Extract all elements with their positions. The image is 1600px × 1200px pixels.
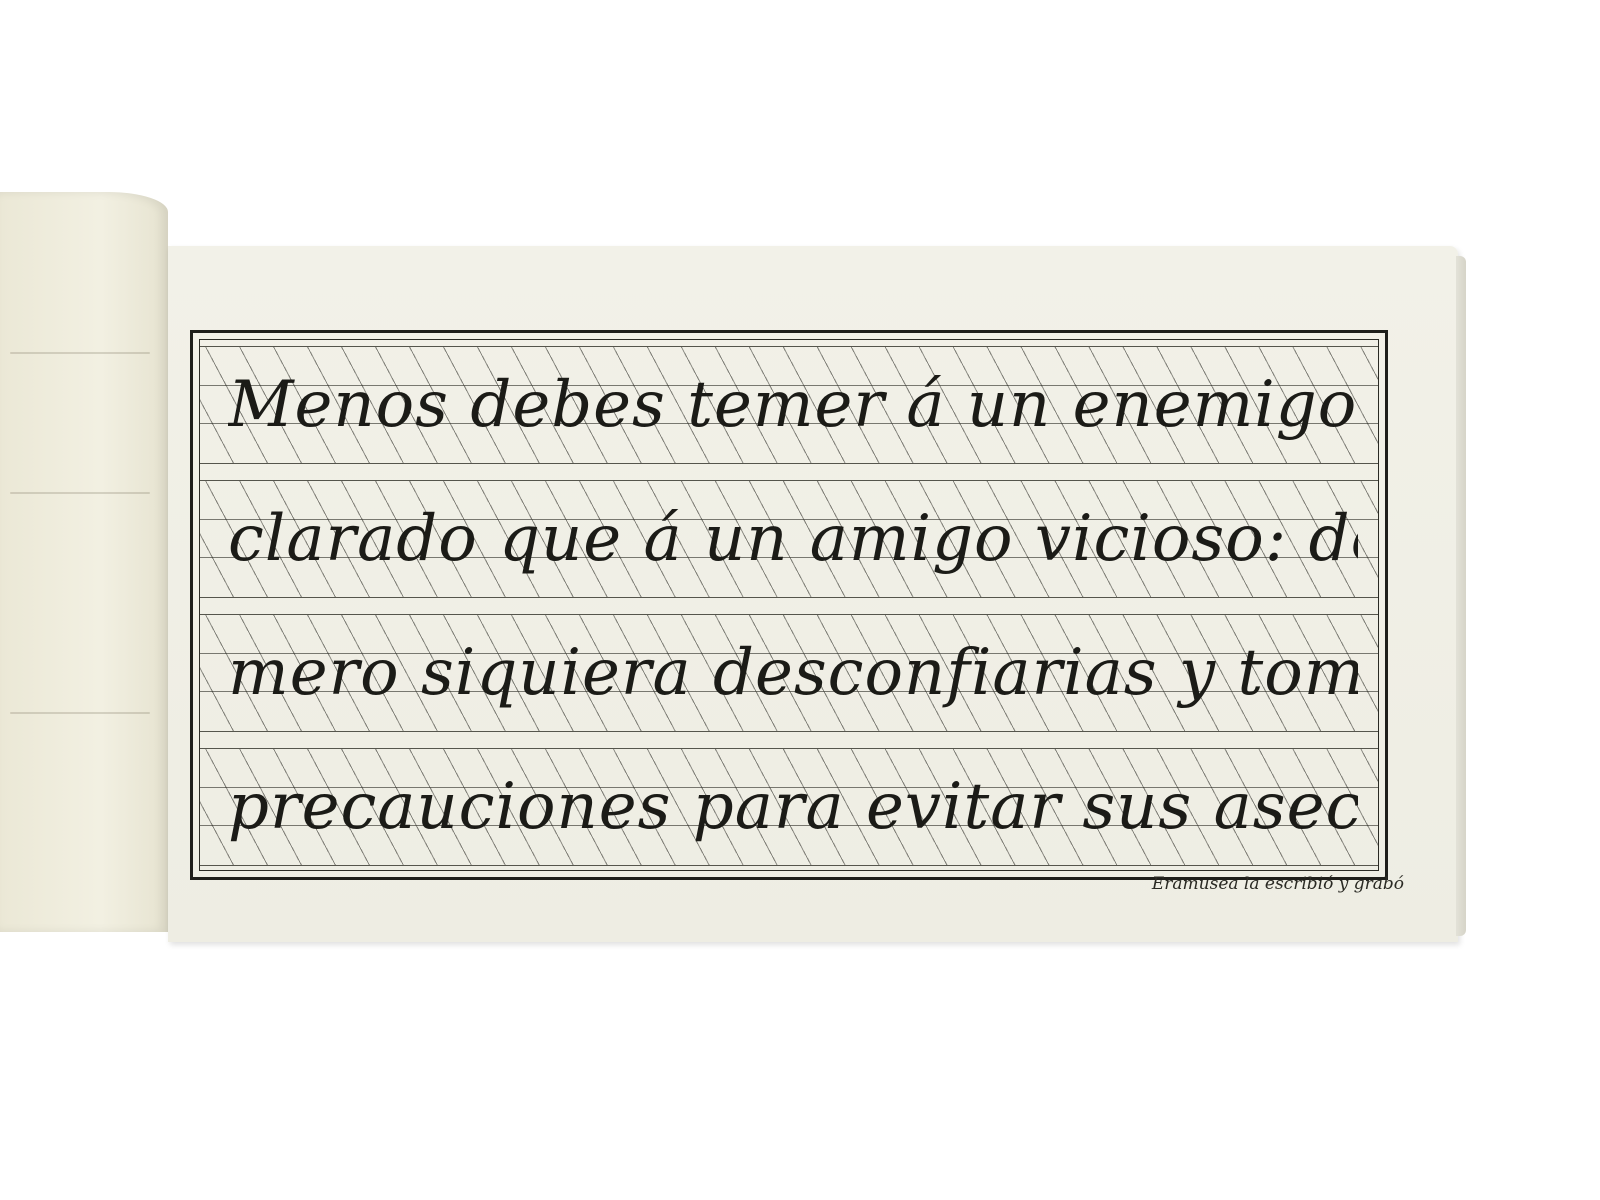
page-stain [10, 712, 150, 714]
right-page: Menos debes temer á un enemigo de- clara… [168, 246, 1458, 942]
ruled-line-2: clarado que á un amigo vicioso: del pri- [200, 480, 1378, 598]
engraver-credit: Eramusea la escribió y grabó [1152, 874, 1404, 894]
page-stain [10, 492, 150, 494]
script-text-line-3: mero siquiera desconfiarias y tomarias [228, 625, 1358, 721]
page-stain [10, 352, 150, 354]
ruled-line-4: precauciones para evitar sus asechanzas. [200, 748, 1378, 866]
calligraphy-frame: Menos debes temer á un enemigo de- clara… [190, 330, 1388, 880]
script-text-line-2: clarado que á un amigo vicioso: del pri- [228, 491, 1358, 587]
page-edge [1456, 256, 1466, 936]
ruled-line-3: mero siquiera desconfiarias y tomarias [200, 614, 1378, 732]
ruled-line-1: Menos debes temer á un enemigo de- [200, 346, 1378, 464]
script-text-line-1: Menos debes temer á un enemigo de- [228, 357, 1358, 453]
script-text-line-4: precauciones para evitar sus asechanzas. [228, 759, 1358, 855]
inner-frame: Menos debes temer á un enemigo de- clara… [199, 339, 1379, 871]
left-page [0, 192, 168, 932]
